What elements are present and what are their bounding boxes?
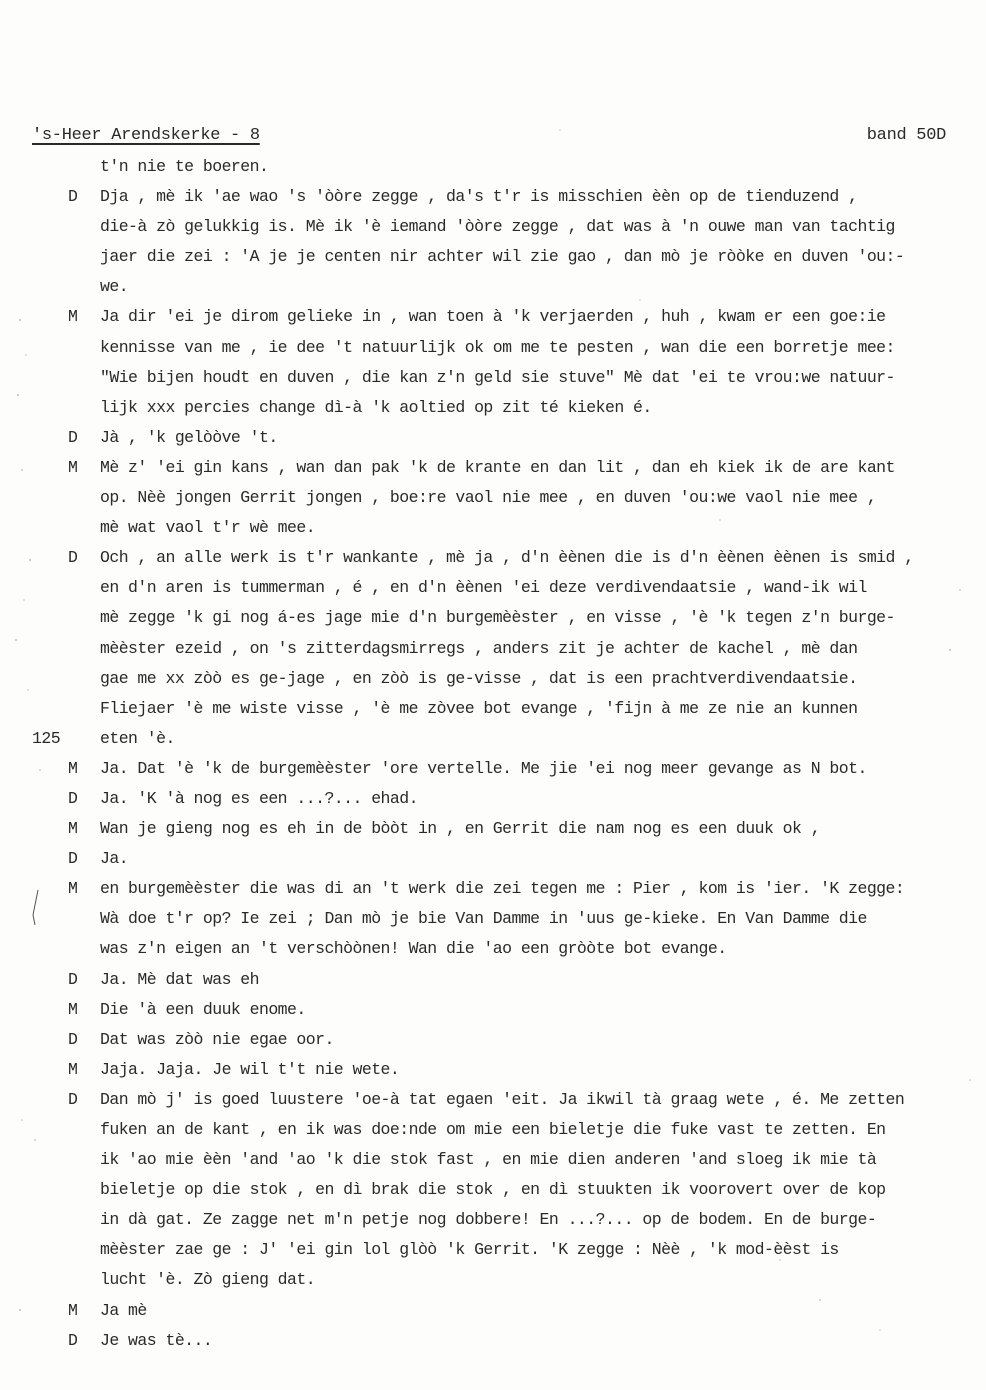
transcript-line: DJa. Mè dat was eh [0, 965, 986, 995]
utterance-text: Fliejaer 'è me wiste visse , 'è me zòvee… [100, 694, 857, 724]
utterance-text: en d'n aren is tummerman , é , en d'n èè… [100, 573, 867, 603]
utterance-text: Jà , 'k gelòòve 't. [100, 423, 278, 453]
transcript-line: MJa dir 'ei je dirom gelieke in , wan to… [0, 302, 986, 332]
transcript-line: DOch , an alle werk is t'r wankante , mè… [0, 543, 986, 573]
transcript-line: in dà gat. Ze zagge net m'n petje nog do… [0, 1205, 986, 1235]
transcript-line: DDja , mè ik 'ae wao 's 'òòre zegge , da… [0, 182, 986, 212]
dialogue-turn: MDie 'à een duuk enome. [0, 995, 986, 1025]
speaker-label: D [68, 965, 77, 995]
speaker-label: D [68, 543, 77, 573]
document-title: 's-Heer Arendskerke - 8 [32, 126, 260, 145]
transcript-line: gae me xx zòò es ge-jage , en zòò is ge-… [0, 664, 986, 694]
dialogue-turn: DJe was tè... [0, 1326, 986, 1356]
transcript-line: mèèster ezeid , on 's zitterdagsmirregs … [0, 634, 986, 664]
transcript-line: Wà doe t'r op? Ie zei ; Dan mò je bie Va… [0, 904, 986, 934]
utterance-text: Mè z' 'ei gin kans , wan dan pak 'k de k… [100, 453, 895, 483]
utterance-text: Ja dir 'ei je dirom gelieke in , wan toe… [100, 302, 886, 332]
transcript-line: mè zegge 'k gi nog á-es jage mie d'n bur… [0, 603, 986, 633]
utterance-text: bieletje op die stok , en dì brak die st… [100, 1175, 886, 1205]
utterance-text: mè zegge 'k gi nog á-es jage mie d'n bur… [100, 603, 895, 633]
utterance-text: "Wie bijen houdt en duven , die kan z'n … [100, 363, 895, 393]
utterance-text: mèèster ezeid , on 's zitterdagsmirregs … [100, 634, 857, 664]
utterance-text: mèèster zae ge : J' 'ei gin lol glòò 'k … [100, 1235, 839, 1265]
transcript-line: ik 'ao mie èèn 'and 'ao 'k die stok fast… [0, 1145, 986, 1175]
speaker-label: M [68, 453, 77, 483]
transcript-line: lucht 'è. Zò gieng dat. [0, 1265, 986, 1295]
dialogue-turn: DDja , mè ik 'ae wao 's 'òòre zegge , da… [0, 182, 986, 302]
speaker-label: M [68, 1055, 77, 1085]
transcript-line: Men burgemèèster die was di an 't werk d… [0, 874, 986, 904]
dialogue-turn: MJa mè [0, 1296, 986, 1326]
utterance-text: fuken an de kant , en ik was doe:nde om … [100, 1115, 886, 1145]
transcript-line: MWan je gieng nog es eh in de bòòt in , … [0, 814, 986, 844]
utterance-text: Wan je gieng nog es eh in de bòòt in , e… [100, 814, 820, 844]
speaker-label: D [68, 1085, 77, 1115]
transcript-line: Fliejaer 'è me wiste visse , 'è me zòvee… [0, 694, 986, 724]
speaker-label: D [68, 784, 77, 814]
utterance-text: ik 'ao mie èèn 'and 'ao 'k die stok fast… [100, 1145, 876, 1175]
transcript-line: MJaja. Jaja. Je wil t't nie wete. [0, 1055, 986, 1085]
transcript-line: "Wie bijen houdt en duven , die kan z'n … [0, 363, 986, 393]
transcript-line: MJa. Dat 'è 'k de burgemèèster 'ore vert… [0, 754, 986, 784]
dialogue-turn: DJà , 'k gelòòve 't. [0, 423, 986, 453]
dialogue-turn: DJa. Mè dat was eh [0, 965, 986, 995]
utterance-text: Och , an alle werk is t'r wankante , mè … [100, 543, 914, 573]
utterance-text: in dà gat. Ze zagge net m'n petje nog do… [100, 1205, 876, 1235]
transcript-line: fuken an de kant , en ik was doe:nde om … [0, 1115, 986, 1145]
speaker-label: M [68, 995, 77, 1025]
dialogue-turn: DOch , an alle werk is t'r wankante , mè… [0, 543, 986, 754]
utterance-text: Ja. Mè dat was eh [100, 965, 259, 995]
dialogue-turn: DJa. [0, 844, 986, 874]
utterance-text: Ja. 'K 'à nog es een ...?... ehad. [100, 784, 418, 814]
utterance-text: jaer die zei : 'A je je centen nir achte… [100, 242, 904, 272]
utterance-text: eten 'è. [100, 724, 175, 754]
transcript-line: 125eten 'è. [0, 724, 986, 754]
transcript-line: DJe was tè... [0, 1326, 986, 1356]
transcript-line: mèèster zae ge : J' 'ei gin lol glòò 'k … [0, 1235, 986, 1265]
utterance-text: Ja. Dat 'è 'k de burgemèèster 'ore verte… [100, 754, 867, 784]
dialogue-turn: MJaja. Jaja. Je wil t't nie wete. [0, 1055, 986, 1085]
transcript-line: MMè z' 'ei gin kans , wan dan pak 'k de … [0, 453, 986, 483]
speaker-label: M [68, 814, 77, 844]
transcript-line: DDat was zòò nie egae oor. [0, 1025, 986, 1055]
transcript-line: DJa. [0, 844, 986, 874]
utterance-text: lijk xxx percies change dì-à 'k aoltied … [100, 393, 652, 423]
transcript-line: kennisse van me , ie dee 't natuurlijk o… [0, 333, 986, 363]
utterance-text: Ja. [100, 844, 128, 874]
transcript-line: jaer die zei : 'A je je centen nir achte… [0, 242, 986, 272]
utterance-text: Ja mè [100, 1296, 147, 1326]
page-header: 's-Heer Arendskerke - 8 band 50D [32, 126, 946, 150]
transcript-line: MJa mè [0, 1296, 986, 1326]
transcript-body: t'n nie te boeren.DDja , mè ik 'ae wao '… [0, 152, 986, 1356]
transcript-line: t'n nie te boeren. [0, 152, 986, 182]
speaker-label: D [68, 423, 77, 453]
utterance-text: we. [100, 272, 128, 302]
transcript-line: lijk xxx percies change dì-à 'k aoltied … [0, 393, 986, 423]
tape-band-label: band 50D [867, 126, 946, 145]
utterance-text: Je was tè... [100, 1326, 212, 1356]
speaker-label: M [68, 754, 77, 784]
utterance-text: gae me xx zòò es ge-jage , en zòò is ge-… [100, 664, 857, 694]
transcript-page: 's-Heer Arendskerke - 8 band 50D t'n nie… [0, 0, 986, 1390]
dialogue-turn: Men burgemèèster die was di an 't werk d… [0, 874, 986, 964]
speaker-label: D [68, 1326, 77, 1356]
dialogue-turn: MWan je gieng nog es eh in de bòòt in , … [0, 814, 986, 844]
speaker-label: M [68, 302, 77, 332]
transcript-line: en d'n aren is tummerman , é , en d'n èè… [0, 573, 986, 603]
utterance-text: lucht 'è. Zò gieng dat. [100, 1265, 315, 1295]
dialogue-turn: MJa dir 'ei je dirom gelieke in , wan to… [0, 302, 986, 422]
transcript-line: MDie 'à een duuk enome. [0, 995, 986, 1025]
transcript-line: mè wat vaol t'r wè mee. [0, 513, 986, 543]
dialogue-turn: DDan mò j' is goed luustere 'oe-à tat eg… [0, 1085, 986, 1296]
margin-line-number: 125 [32, 724, 60, 754]
transcript-line: DJa. 'K 'à nog es een ...?... ehad. [0, 784, 986, 814]
utterance-text: die-à zò gelukkig is. Mè ik 'è iemand 'ò… [100, 212, 895, 242]
transcript-line: DDan mò j' is goed luustere 'oe-à tat eg… [0, 1085, 986, 1115]
dialogue-turn: DJa. 'K 'à nog es een ...?... ehad. [0, 784, 986, 814]
utterance-text: Jaja. Jaja. Je wil t't nie wete. [100, 1055, 399, 1085]
transcript-line: was z'n eigen an 't verschòònen! Wan die… [0, 934, 986, 964]
utterance-text: kennisse van me , ie dee 't natuurlijk o… [100, 333, 895, 363]
speaker-label: D [68, 844, 77, 874]
utterance-text: Dan mò j' is goed luustere 'oe-à tat ega… [100, 1085, 904, 1115]
speaker-label: M [68, 1296, 77, 1326]
transcript-line: DJà , 'k gelòòve 't. [0, 423, 986, 453]
utterance-text: mè wat vaol t'r wè mee. [100, 513, 315, 543]
utterance-text: Dja , mè ik 'ae wao 's 'òòre zegge , da'… [100, 182, 857, 212]
dialogue-turn: t'n nie te boeren. [0, 152, 986, 182]
utterance-text: en burgemèèster die was di an 't werk di… [100, 874, 904, 904]
speaker-label: D [68, 1025, 77, 1055]
utterance-text: Wà doe t'r op? Ie zei ; Dan mò je bie Va… [100, 904, 867, 934]
transcript-line: die-à zò gelukkig is. Mè ik 'è iemand 'ò… [0, 212, 986, 242]
dialogue-turn: DDat was zòò nie egae oor. [0, 1025, 986, 1055]
utterance-text: op. Nèè jongen Gerrit jongen , boe:re va… [100, 483, 876, 513]
transcript-line: we. [0, 272, 986, 302]
utterance-text: was z'n eigen an 't verschòònen! Wan die… [100, 934, 727, 964]
transcript-line: bieletje op die stok , en dì brak die st… [0, 1175, 986, 1205]
dialogue-turn: MMè z' 'ei gin kans , wan dan pak 'k de … [0, 453, 986, 543]
utterance-text: Die 'à een duuk enome. [100, 995, 306, 1025]
speaker-label: D [68, 182, 77, 212]
dialogue-turn: MJa. Dat 'è 'k de burgemèèster 'ore vert… [0, 754, 986, 784]
utterance-text: Dat was zòò nie egae oor. [100, 1025, 334, 1055]
speaker-label: M [68, 874, 77, 904]
utterance-text: t'n nie te boeren. [100, 152, 268, 182]
transcript-line: op. Nèè jongen Gerrit jongen , boe:re va… [0, 483, 986, 513]
